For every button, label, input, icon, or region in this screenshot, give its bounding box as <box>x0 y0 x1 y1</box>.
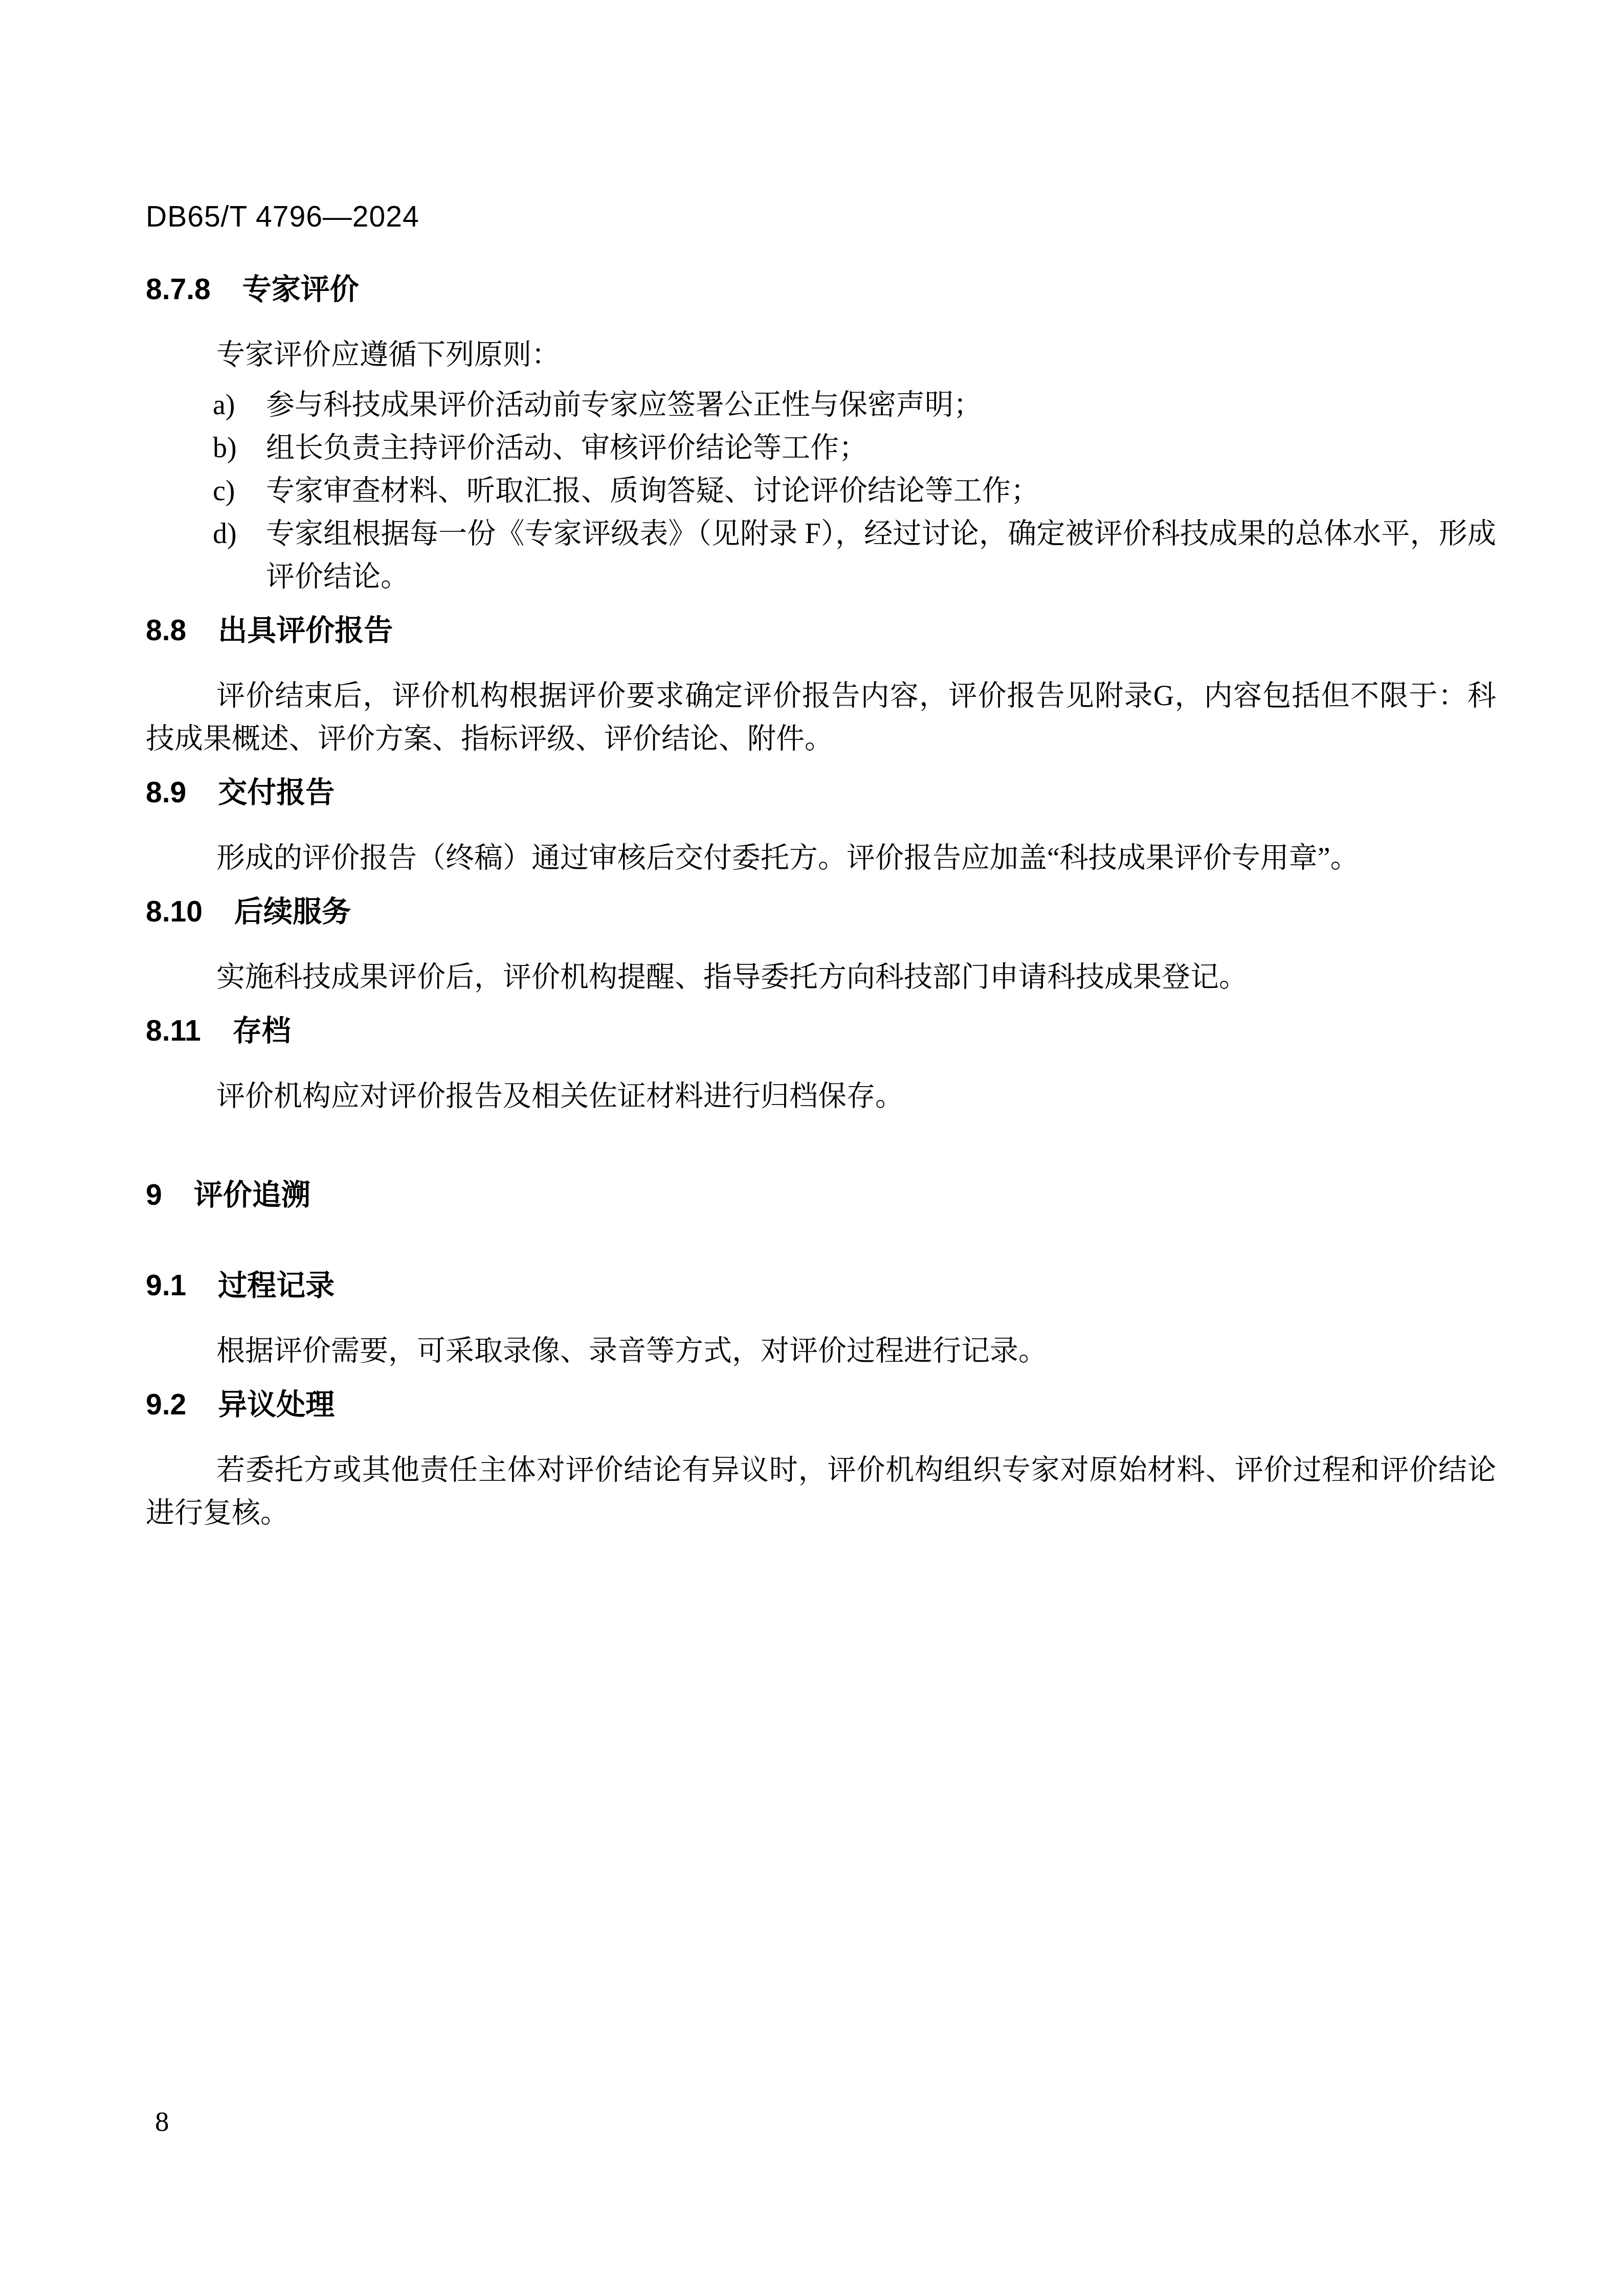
list-item-text: 参与科技成果评价活动前专家应签署公正性与保密声明； <box>266 389 982 421</box>
paragraph: 形成的评价报告（终稿）通过审核后交付委托方。评价报告应加盖“科技成果评价专用章”… <box>146 837 1496 880</box>
heading-number: 8.10 <box>146 896 203 928</box>
heading-title: 评价追溯 <box>194 1179 310 1211</box>
heading-9: 9评价追溯 <box>146 1179 1496 1211</box>
heading-8-11: 8.11存档 <box>146 1015 1496 1047</box>
list-marker: d) <box>213 512 237 555</box>
heading-number: 8.11 <box>146 1015 201 1047</box>
heading-number: 9.2 <box>146 1389 186 1421</box>
list-item-text: 专家审查材料、听取汇报、质询答疑、讨论评价结论等工作； <box>266 475 1039 507</box>
heading-number: 8.8 <box>146 615 186 646</box>
heading-title: 出具评价报告 <box>218 614 393 647</box>
list-item-c: c)专家审查材料、听取汇报、质询答疑、讨论评价结论等工作； <box>146 469 1496 512</box>
heading-8-9: 8.9交付报告 <box>146 777 1496 808</box>
heading-number: 8.9 <box>146 777 186 808</box>
list-marker: a) <box>213 384 235 426</box>
page-number: 8 <box>155 2106 169 2137</box>
paragraph: 评价机构应对评价报告及相关佐证材料进行归档保存。 <box>146 1075 1496 1118</box>
paragraph: 评价结束后，评价机构根据评价要求确定评价报告内容，评价报告见附录G，内容包括但不… <box>146 674 1496 760</box>
document-page: DB65/T 4796—2024 8.7.8专家评价 专家评价应遵循下列原则： … <box>0 0 1624 2296</box>
list-item-a: a)参与科技成果评价活动前专家应签署公正性与保密声明； <box>146 384 1496 426</box>
list-item-text: 专家组根据每一份《专家评级表》（见附录 F），经过讨论，确定被评价科技成果的总体… <box>266 518 1496 593</box>
list-marker: b) <box>213 426 237 469</box>
heading-number: 9.1 <box>146 1270 186 1301</box>
heading-number: 9 <box>146 1179 162 1211</box>
heading-title: 存档 <box>233 1015 291 1047</box>
heading-8-10: 8.10后续服务 <box>146 896 1496 928</box>
list-item-text: 组长负责主持评价活动、审核评价结论等工作； <box>266 432 867 464</box>
paragraph-intro: 专家评价应遵循下列原则： <box>146 333 1496 376</box>
heading-number: 8.7.8 <box>146 274 211 305</box>
paragraph: 若委托方或其他责任主体对评价结论有异议时，评价机构组织专家对原始材料、评价过程和… <box>146 1449 1496 1535</box>
ordered-list: a)参与科技成果评价活动前专家应签署公正性与保密声明； b)组长负责主持评价活动… <box>146 384 1496 598</box>
heading-9-1: 9.1过程记录 <box>146 1270 1496 1301</box>
heading-8-8: 8.8出具评价报告 <box>146 615 1496 646</box>
heading-title: 交付报告 <box>218 776 335 809</box>
heading-9-2: 9.2异议处理 <box>146 1389 1496 1421</box>
list-marker: c) <box>213 469 235 512</box>
list-item-d: d)专家组根据每一份《专家评级表》（见附录 F），经过讨论，确定被评价科技成果的… <box>146 512 1496 598</box>
page-content: DB65/T 4796—2024 8.7.8专家评价 专家评价应遵循下列原则： … <box>146 201 1496 1535</box>
heading-title: 后续服务 <box>234 895 351 928</box>
list-item-b: b)组长负责主持评价活动、审核评价结论等工作； <box>146 426 1496 469</box>
paragraph: 根据评价需要，可采取录像、录音等方式，对评价过程进行记录。 <box>146 1330 1496 1372</box>
doc-number: DB65/T 4796—2024 <box>146 201 1496 233</box>
heading-title: 过程记录 <box>218 1269 335 1302</box>
heading-8-7-8: 8.7.8专家评价 <box>146 274 1496 305</box>
heading-title: 异议处理 <box>218 1388 335 1421</box>
paragraph: 实施科技成果评价后，评价机构提醒、指导委托方向科技部门申请科技成果登记。 <box>146 956 1496 999</box>
heading-title: 专家评价 <box>242 273 359 306</box>
